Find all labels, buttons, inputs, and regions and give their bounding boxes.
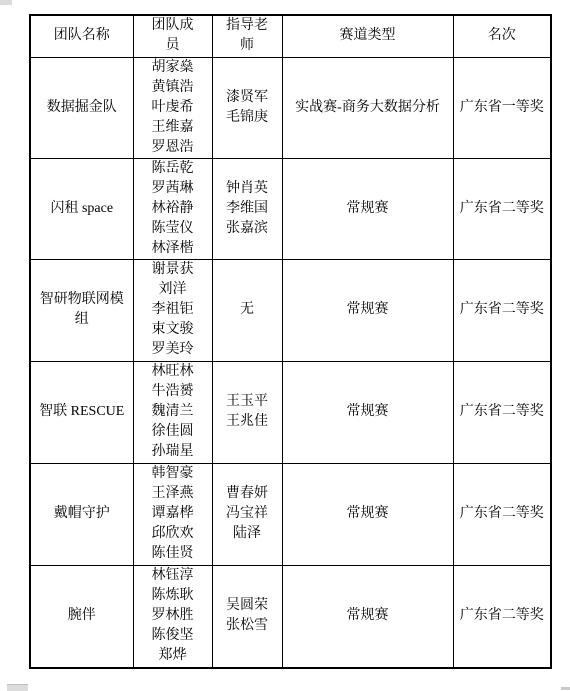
advisors-cell: 钟肖英 李维国 张嘉滨 (212, 158, 282, 259)
track-cell: 实战赛-商务大数据分析 (282, 57, 453, 158)
team-name-cell: 数据掘金队 (30, 57, 133, 158)
track-cell: 常规赛 (282, 565, 453, 668)
team-name-cell: 智研物联网模组 (30, 259, 133, 361)
members-cell: 陈岳乾 罗茜琳 林裕静 陈莹仪 林泽楷 (133, 158, 212, 259)
advisors-cell: 曹春妍 冯宝祥 陆泽 (212, 463, 282, 565)
table-row: 智联 RESCUE 林旺林 牛浩赟 魏清兰 徐佳圆 孙瑞星 王玉平 王兆佳 常规… (30, 361, 551, 463)
members-cell: 谢景获 刘洋 李祖钜 束文骏 罗美玲 (133, 259, 212, 361)
table-body: 数据掘金队 胡家燊 黄镇浩 叶虔希 王维嘉 罗恩浩 漆贤军 毛锦庚 实战赛-商务… (30, 57, 551, 668)
track-cell: 常规赛 (282, 463, 453, 565)
team-name-cell: 闪租 space (30, 158, 133, 259)
members-cell: 胡家燊 黄镇浩 叶虔希 王维嘉 罗恩浩 (133, 57, 212, 158)
results-table: 团队名称 团队成员 指导老师 赛道类型 名次 数据掘金队 胡家燊 黄镇浩 叶虔希… (29, 14, 552, 669)
track-cell: 常规赛 (282, 158, 453, 259)
column-header-award: 名次 (453, 15, 551, 57)
table-row: 智研物联网模组 谢景获 刘洋 李祖钜 束文骏 罗美玲 无 常规赛 广东省二等奖 (30, 259, 551, 361)
award-cell: 广东省二等奖 (453, 361, 551, 463)
column-header-advisors: 指导老师 (212, 15, 282, 57)
column-header-track: 赛道类型 (282, 15, 453, 57)
advisors-cell: 漆贤军 毛锦庚 (212, 57, 282, 158)
table-row: 数据掘金队 胡家燊 黄镇浩 叶虔希 王维嘉 罗恩浩 漆贤军 毛锦庚 实战赛-商务… (30, 57, 551, 158)
column-header-members: 团队成员 (133, 15, 212, 57)
page-corner-artifact-top-left (0, 0, 12, 5)
team-name-cell: 戴帽守护 (30, 463, 133, 565)
table-row: 腕伴 林钰淳 陈炼耿 罗林胜 陈俊坚 郑烨 吴圆荣 张松雪 常规赛 广东省二等奖 (30, 565, 551, 668)
award-cell: 广东省二等奖 (453, 463, 551, 565)
team-name-cell: 智联 RESCUE (30, 361, 133, 463)
page-corner-artifact-bottom-right (561, 687, 570, 690)
page-corner-artifact-bottom-left (7, 684, 28, 691)
table-header: 团队名称 团队成员 指导老师 赛道类型 名次 (30, 15, 551, 57)
column-header-members-label: 团队成员 (151, 16, 194, 56)
column-header-advisors-label: 指导老师 (225, 16, 268, 56)
advisors-cell: 无 (212, 259, 282, 361)
members-cell: 韩智豪 王泽燕 谭嘉桦 邱欣欢 陈佳贤 (133, 463, 212, 565)
award-cell: 广东省一等奖 (453, 57, 551, 158)
members-cell: 林钰淳 陈炼耿 罗林胜 陈俊坚 郑烨 (133, 565, 212, 668)
table-row: 戴帽守护 韩智豪 王泽燕 谭嘉桦 邱欣欢 陈佳贤 曹春妍 冯宝祥 陆泽 常规赛 … (30, 463, 551, 565)
table-row: 闪租 space 陈岳乾 罗茜琳 林裕静 陈莹仪 林泽楷 钟肖英 李维国 张嘉滨… (30, 158, 551, 259)
award-cell: 广东省二等奖 (453, 158, 551, 259)
award-cell: 广东省二等奖 (453, 259, 551, 361)
award-cell: 广东省二等奖 (453, 565, 551, 668)
members-cell: 林旺林 牛浩赟 魏清兰 徐佳圆 孙瑞星 (133, 361, 212, 463)
header-row: 团队名称 团队成员 指导老师 赛道类型 名次 (30, 15, 551, 57)
advisors-cell: 吴圆荣 张松雪 (212, 565, 282, 668)
track-cell: 常规赛 (282, 259, 453, 361)
column-header-team: 团队名称 (30, 15, 133, 57)
advisors-cell: 王玉平 王兆佳 (212, 361, 282, 463)
track-cell: 常规赛 (282, 361, 453, 463)
team-name-cell: 腕伴 (30, 565, 133, 668)
document-page: 团队名称 团队成员 指导老师 赛道类型 名次 数据掘金队 胡家燊 黄镇浩 叶虔希… (0, 0, 570, 691)
